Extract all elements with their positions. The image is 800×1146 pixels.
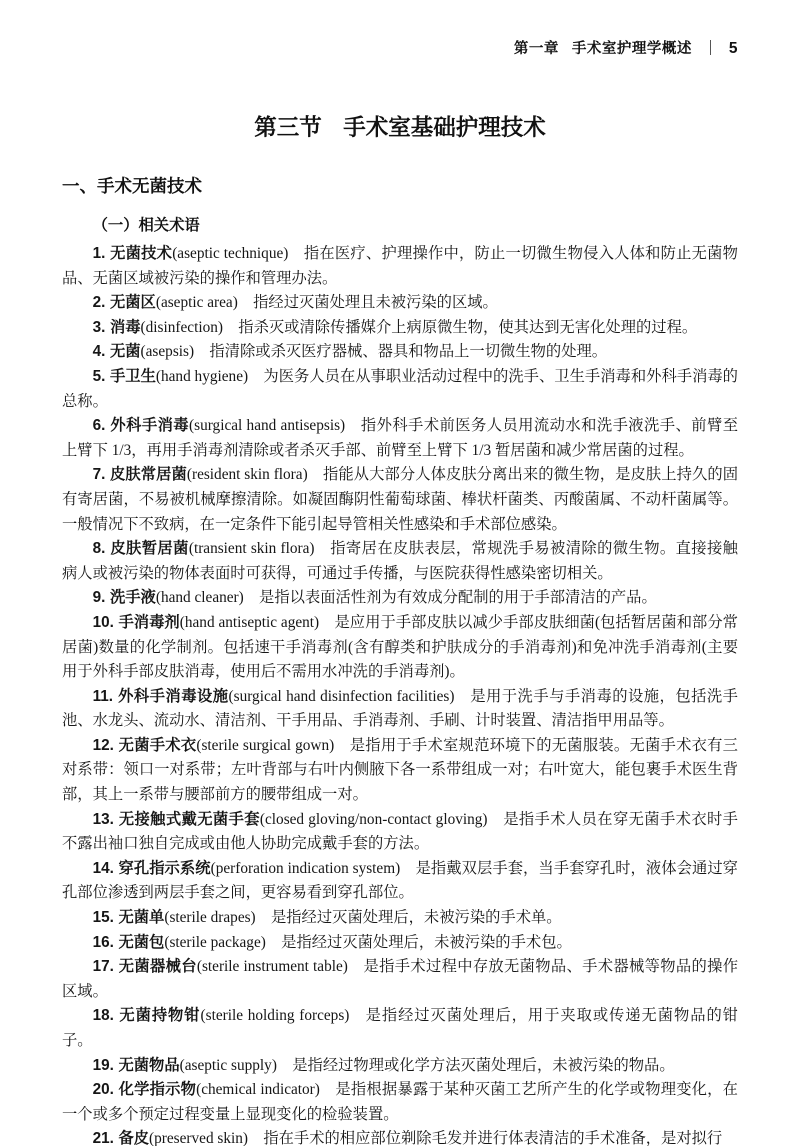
running-head-chapter: 第一章 (514, 41, 559, 57)
textbook-page: 第一章手术室护理学概述5 第三节手术室基础护理技术 一、手术无菌技术 （一）相关… (0, 0, 800, 1146)
term-name: 手消毒剂 (118, 614, 179, 631)
term-number: 15. (93, 909, 114, 926)
term-name: 无菌物品 (118, 1057, 179, 1074)
term-english: (sterile package) (164, 934, 266, 951)
term-english: (asepsis) (141, 343, 195, 360)
term-name: 无菌器械台 (118, 958, 196, 975)
term-english: (transient skin flora) (189, 540, 315, 557)
term-english: (aseptic technique) (172, 245, 288, 262)
term-number: 17. (93, 958, 114, 975)
term-english: (surgical hand antisepsis) (189, 417, 345, 434)
term-item: 11.外科手消毒设施(surgical hand disinfection fa… (62, 685, 738, 734)
term-name: 无菌技术 (110, 245, 172, 262)
term-english: (sterile holding forceps) (201, 1007, 350, 1024)
term-name: 无接触式戴无菌手套 (118, 811, 259, 828)
term-name: 无菌包 (118, 934, 164, 951)
term-english: (preserved skin) (149, 1130, 248, 1146)
term-english: (hand hygiene) (156, 368, 248, 385)
term-item: 17.无菌器械台(sterile instrument table)是指手术过程… (62, 955, 738, 1004)
term-number: 18. (93, 1007, 114, 1024)
term-item: 19.无菌物品(aseptic supply)是指经过物理或化学方法灭菌处理后，… (62, 1054, 738, 1079)
term-item: 7.皮肤常居菌(resident skin flora)指能从大部分人体皮肤分离… (62, 463, 738, 537)
term-english: (chemical indicator) (196, 1081, 320, 1098)
term-definition: 指经过灭菌处理且未被污染的区域。 (253, 294, 498, 311)
term-number: 5. (93, 368, 106, 385)
term-number: 7. (93, 466, 106, 483)
term-item: 1.无菌技术(aseptic technique)指在医疗、护理操作中，防止一切… (62, 242, 738, 291)
term-name: 无菌 (110, 343, 141, 360)
term-item: 15.无菌单(sterile drapes)是指经过灭菌处理后，未被污染的手术单… (62, 906, 738, 931)
page-number: 5 (729, 40, 738, 57)
terms-list: 1.无菌技术(aseptic technique)指在医疗、护理操作中，防止一切… (62, 242, 738, 1146)
term-name: 无菌单 (118, 909, 164, 926)
term-definition: 是指以表面活性剂为有效成分配制的用于手部清洁的产品。 (259, 589, 657, 606)
term-item: 20.化学指示物(chemical indicator)是指根据暴露于某种灭菌工… (62, 1078, 738, 1127)
term-item: 12.无菌手术衣(sterile surgical gown)是指用于手术室规范… (62, 734, 738, 808)
term-name: 无菌持物钳 (118, 1007, 200, 1024)
term-item: 21.备皮(preserved skin)指在手术的相应部位剃除毛发并进行体表清… (62, 1127, 738, 1146)
subsection-heading: 一、手术无菌技术 (62, 173, 738, 198)
term-number: 10. (93, 614, 114, 631)
term-number: 8. (93, 540, 106, 557)
term-item: 6.外科手消毒(surgical hand antisepsis)指外科手术前医… (62, 414, 738, 463)
term-english: (aseptic supply) (180, 1057, 277, 1074)
term-name: 手卫生 (110, 368, 156, 385)
term-item: 3.消毒(disinfection)指杀灭或清除传播媒介上病原微生物，使其达到无… (62, 316, 738, 341)
term-item: 18.无菌持物钳(sterile holding forceps)是指经过灭菌处… (62, 1004, 738, 1053)
section-title: 第三节手术室基础护理技术 (62, 110, 738, 142)
term-english: (resident skin flora) (187, 466, 308, 483)
term-number: 2. (93, 294, 106, 311)
term-definition: 是指经过灭菌处理后，未被污染的手术包。 (281, 934, 572, 951)
term-number: 3. (93, 319, 106, 336)
page-header: 第一章手术室护理学概述5 (62, 0, 738, 58)
section-label: 第三节 (254, 115, 322, 140)
term-name: 洗手液 (110, 589, 156, 606)
term-english: (disinfection) (141, 319, 223, 336)
term-english: (surgical hand disinfection facilities) (229, 688, 455, 705)
term-number: 4. (93, 343, 106, 360)
term-item: 8.皮肤暂居菌(transient skin flora)指寄居在皮肤表层，常规… (62, 537, 738, 586)
term-english: (hand cleaner) (156, 589, 244, 606)
term-number: 6. (93, 417, 106, 434)
term-definition: 是指经过物理或化学方法灭菌处理后，未被污染的物品。 (292, 1057, 674, 1074)
term-item: 9.洗手液(hand cleaner)是指以表面活性剂为有效成分配制的用于手部清… (62, 586, 738, 611)
term-number: 9. (93, 589, 106, 606)
term-number: 11. (93, 688, 113, 705)
term-number: 13. (93, 811, 114, 828)
term-item: 13.无接触式戴无菌手套(closed gloving/non-contact … (62, 808, 738, 857)
term-number: 12. (93, 737, 114, 754)
term-item: 2.无菌区(aseptic area)指经过灭菌处理且未被污染的区域。 (62, 291, 738, 316)
term-english: (closed gloving/non-contact gloving) (260, 811, 488, 828)
term-english: (sterile surgical gown) (196, 737, 334, 754)
term-definition: 指杀灭或清除传播媒介上病原微生物，使其达到无害化处理的过程。 (238, 319, 697, 336)
term-number: 1. (93, 245, 106, 262)
term-name: 穿孔指示系统 (118, 860, 210, 877)
running-head-title: 手术室护理学概述 (572, 41, 692, 57)
section-name: 手术室基础护理技术 (343, 115, 546, 140)
term-name: 化学指示物 (118, 1081, 196, 1098)
term-english: (perforation indication system) (211, 860, 401, 877)
term-english: (hand antiseptic agent) (180, 614, 319, 631)
term-item: 10.手消毒剂(hand antiseptic agent)是应用于手部皮肤以减… (62, 611, 738, 685)
term-item: 5.手卫生(hand hygiene)为医务人员在从事职业活动过程中的洗手、卫生… (62, 365, 738, 414)
term-number: 20. (93, 1081, 114, 1098)
term-name: 无菌区 (110, 294, 156, 311)
term-number: 21. (93, 1130, 114, 1146)
term-definition: 是指经过灭菌处理后，未被污染的手术单。 (271, 909, 562, 926)
term-number: 19. (93, 1057, 114, 1074)
term-name: 无菌手术衣 (118, 737, 196, 754)
term-english: (sterile drapes) (164, 909, 255, 926)
term-english: (sterile instrument table) (197, 958, 348, 975)
term-english: (aseptic area) (156, 294, 238, 311)
term-number: 16. (93, 934, 114, 951)
term-item: 14.穿孔指示系统(perforation indication system)… (62, 857, 738, 906)
subheading: （一）相关术语 (62, 213, 738, 235)
term-name: 皮肤暂居菌 (110, 540, 189, 557)
term-item: 4.无菌(asepsis)指清除或杀灭医疗器械、器具和物品上一切微生物的处理。 (62, 340, 738, 365)
term-definition: 指在手术的相应部位剃除毛发并进行体表清洁的手术准备，是对拟行 (263, 1130, 722, 1146)
term-name: 外科手消毒设施 (118, 688, 229, 705)
term-name: 皮肤常居菌 (110, 466, 187, 483)
term-name: 外科手消毒 (110, 417, 189, 434)
term-name: 备皮 (118, 1130, 149, 1146)
term-number: 14. (93, 860, 114, 877)
term-definition: 指清除或杀灭医疗器械、器具和物品上一切微生物的处理。 (209, 343, 607, 360)
term-item: 16.无菌包(sterile package)是指经过灭菌处理后，未被污染的手术… (62, 931, 738, 956)
header-divider-bar (710, 40, 711, 55)
term-name: 消毒 (110, 319, 141, 336)
